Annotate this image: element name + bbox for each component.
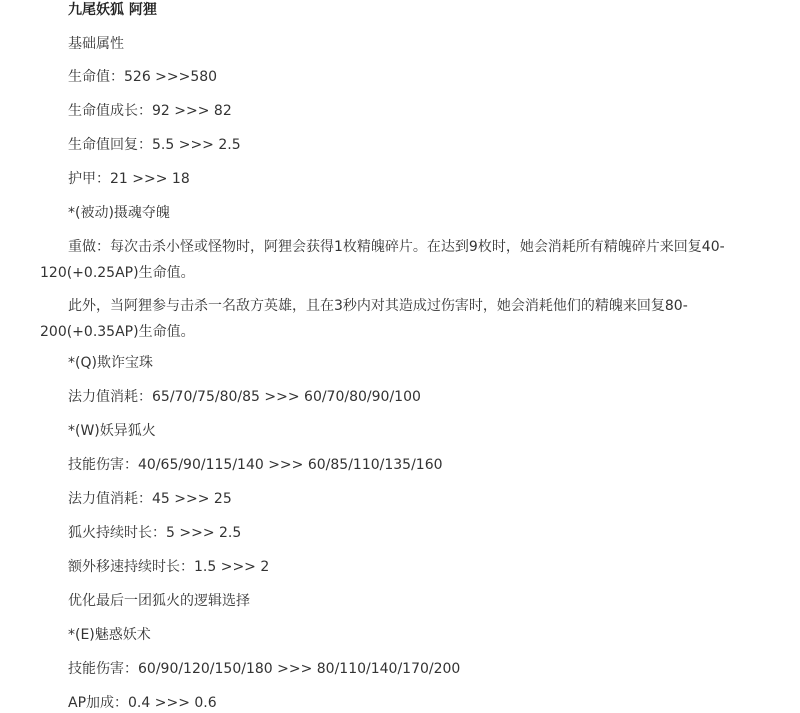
w-damage: 技能伤害：40/65/90/115/140 >>> 60/85/110/135/… [68,455,443,475]
e-damage: 技能伤害：60/90/120/150/180 >>> 80/110/140/17… [68,659,460,679]
passive-para-2: 此外，当阿狸参与击杀一名敌方英雄，且在3秒内对其造成过伤害时，她会消耗他们的精魄… [40,293,770,345]
article: 九尾妖狐 阿狸 基础属性 生命值：526 >>>580 生命值成长：92 >>>… [0,0,800,713]
passive-para-1: 重做：每次击杀小怪或怪物时，阿狸会获得1枚精魄碎片。在达到9枚时，她会消耗所有精… [40,234,770,286]
stat-health-regen: 生命值回复：5.5 >>> 2.5 [68,135,241,155]
q-heading: *(Q)欺诈宝珠 [68,353,153,373]
q-mana-cost: 法力值消耗：65/70/75/80/85 >>> 60/70/80/90/100 [68,387,421,407]
w-duration: 狐火持续时长：5 >>> 2.5 [68,523,241,543]
w-mana-cost: 法力值消耗：45 >>> 25 [68,489,232,509]
e-heading: *(E)魅惑妖术 [68,625,151,645]
stat-armor: 护甲：21 >>> 18 [68,169,190,189]
section-base-stats: 基础属性 [68,34,124,54]
e-ap-ratio: AP加成：0.4 >>> 0.6 [68,693,217,713]
stat-health: 生命值：526 >>>580 [68,67,217,87]
w-heading: *(W)妖异狐火 [68,421,156,441]
w-movespeed-duration: 额外移速持续时长：1.5 >>> 2 [68,557,269,577]
stat-health-growth: 生命值成长：92 >>> 82 [68,101,232,121]
w-targeting-note: 优化最后一团狐火的逻辑选择 [68,591,250,611]
passive-heading: *(被动)摄魂夺魄 [68,203,170,223]
champion-title: 九尾妖狐 阿狸 [68,0,157,20]
